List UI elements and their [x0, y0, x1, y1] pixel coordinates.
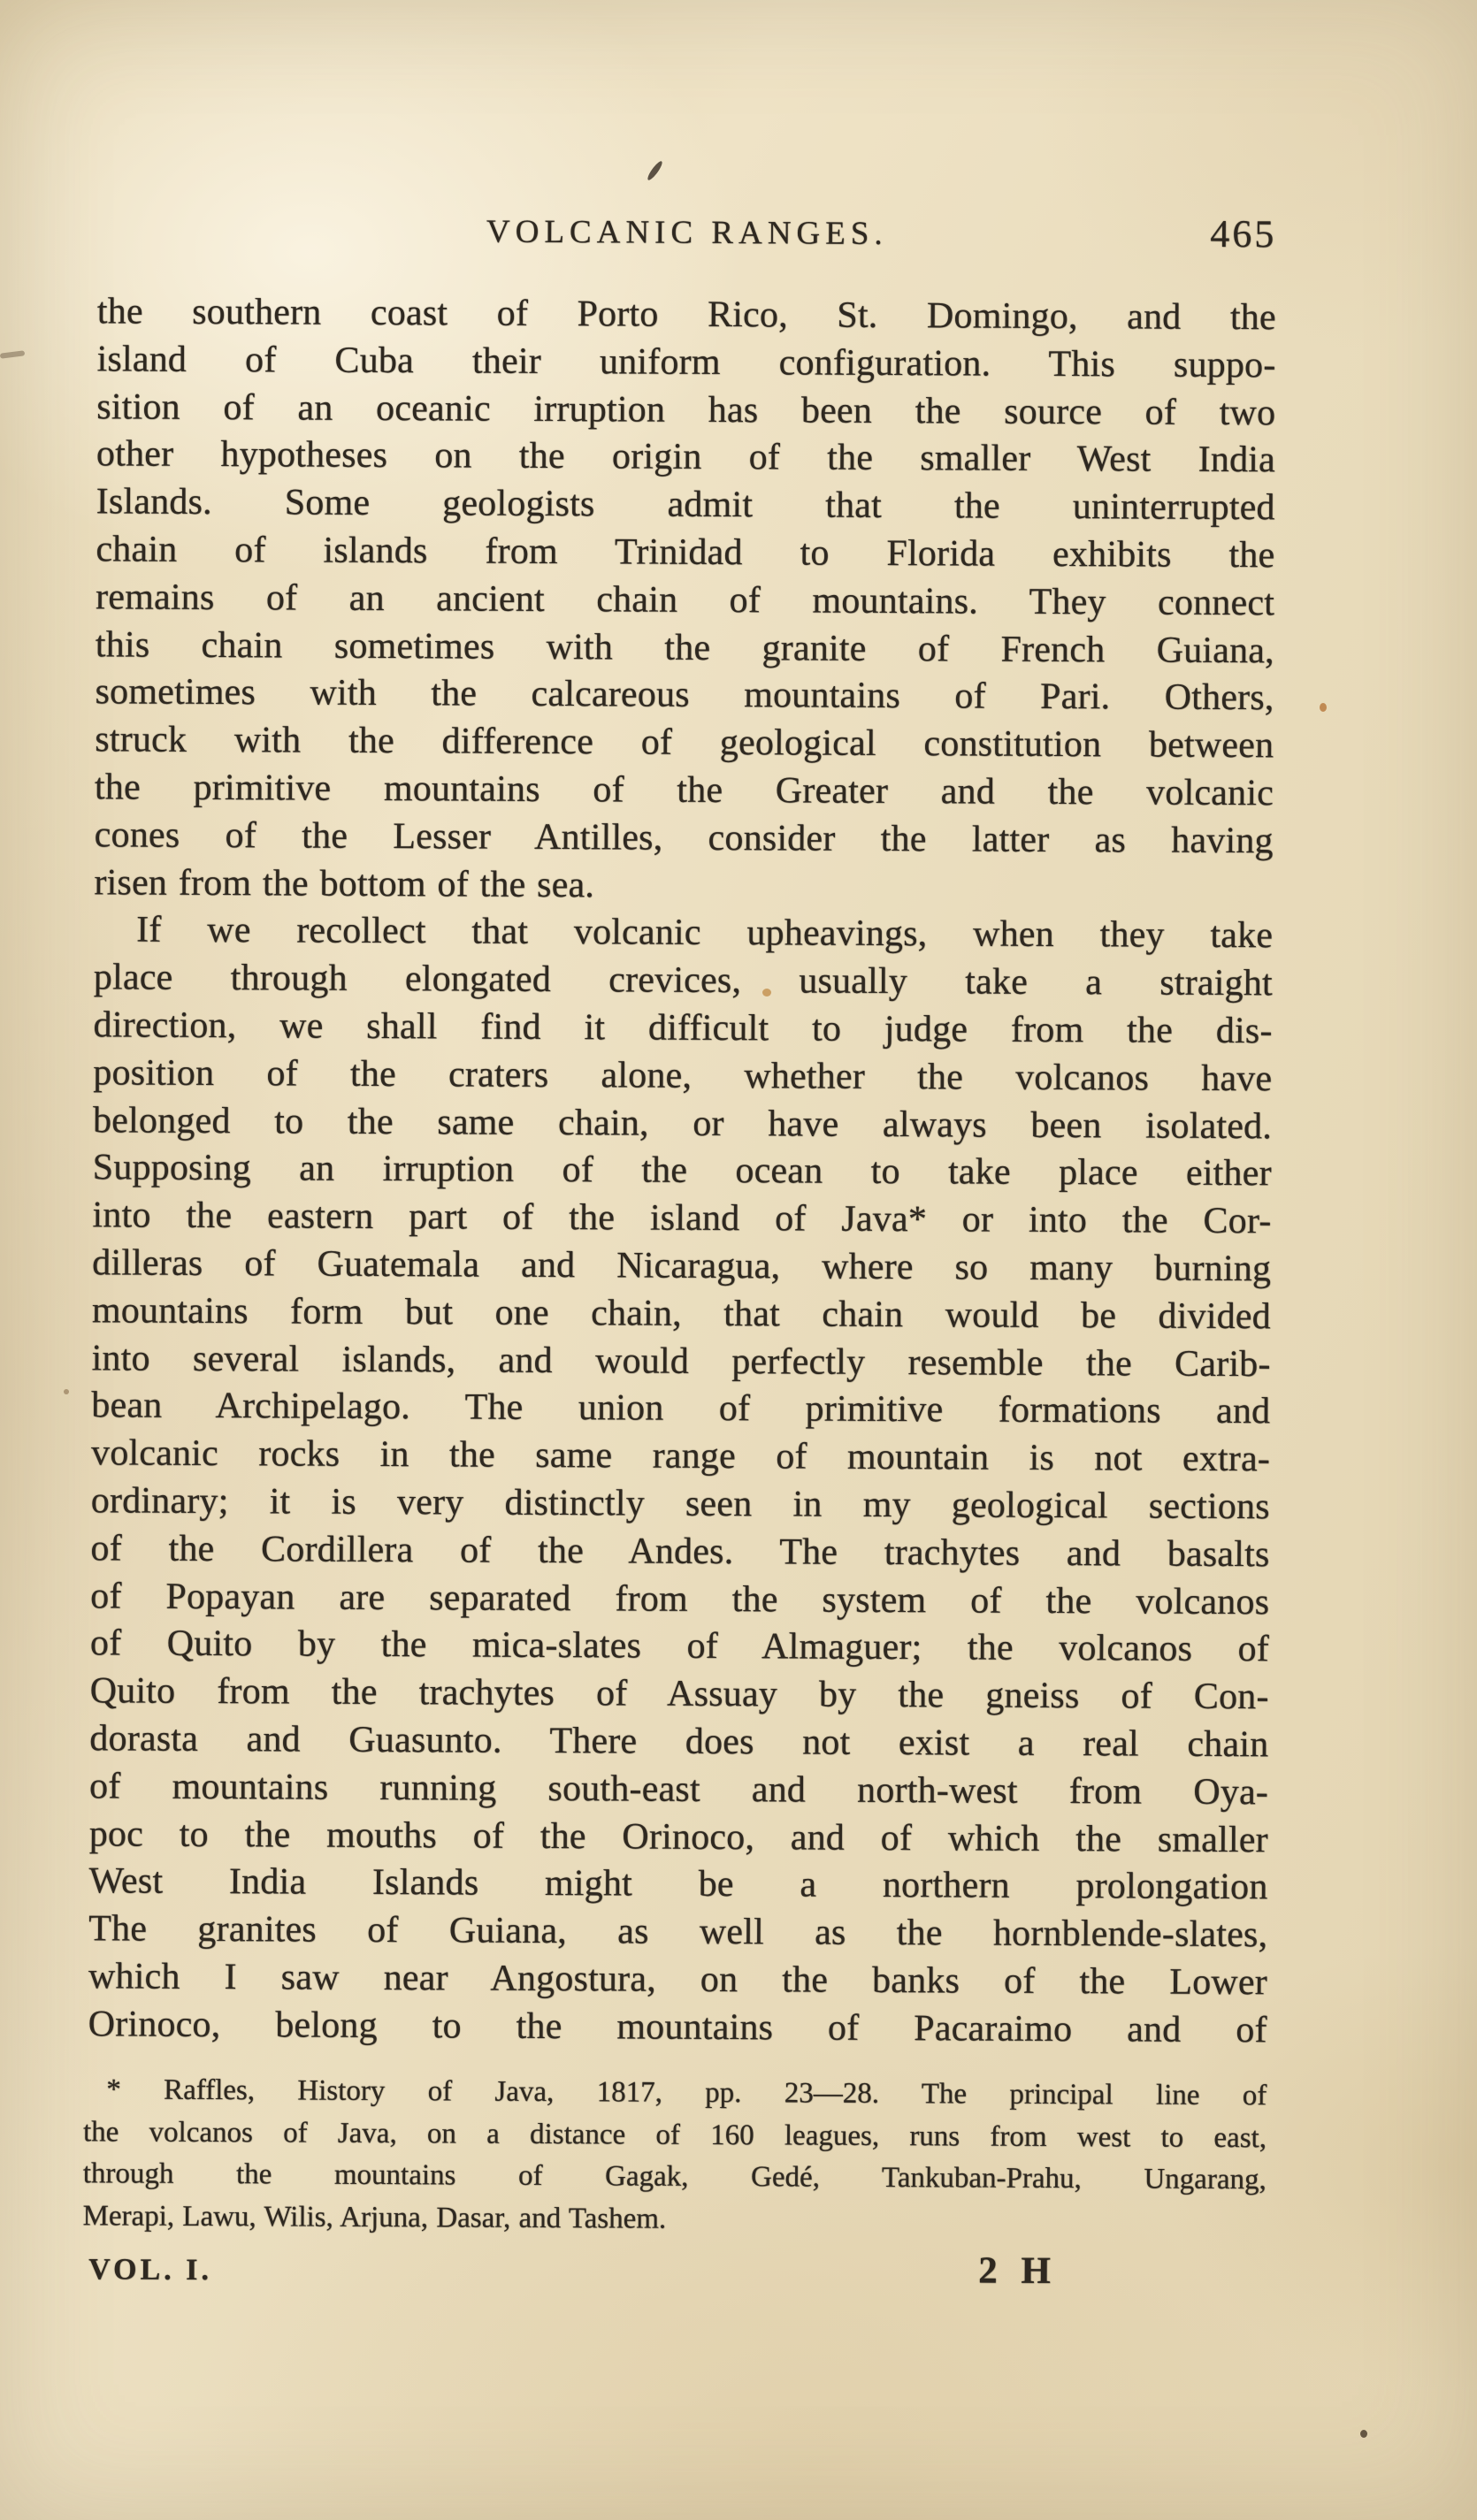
body-line: place through elongated crevices, usuall…	[94, 954, 1273, 1008]
page-footer: VOL. I. 2 H	[87, 2244, 1266, 2312]
body-line: The granites of Guiana, as well as the h…	[88, 1905, 1267, 1959]
body-line: struck with the difference of geological…	[95, 716, 1274, 770]
body-line: the primitive mountains of the Greater a…	[95, 764, 1274, 818]
body-line: remains of an ancient chain of mountains…	[96, 574, 1274, 628]
body-line: dorasta and Guasunto. There does not exi…	[89, 1715, 1268, 1769]
body-line: bean Archipelago. The union of primitive…	[91, 1383, 1270, 1437]
footnote-line: through the mountains of Gagak, Gedé, Ta…	[83, 2153, 1267, 2202]
body-line: mountains form but one chain, that chain…	[92, 1287, 1271, 1341]
body-line: cones of the Lesser Antilles, consider t…	[95, 812, 1274, 866]
signature-mark: 2 H	[978, 2249, 1058, 2293]
body-line: sometimes with the calcareous mountains …	[95, 669, 1274, 723]
body-line: this chain sometimes with the granite of…	[96, 622, 1274, 676]
page-header: VOLCANIC RANGES. 465	[97, 209, 1276, 263]
body-text: the southern coast of Porto Rico, St. Do…	[88, 288, 1276, 2054]
body-line: the southern coast of Porto Rico, St. Do…	[97, 288, 1276, 342]
body-line: Islands. Some geologists admit that the …	[96, 478, 1275, 532]
body-line: sition of an oceanic irruption has been …	[96, 384, 1275, 438]
body-line: island of Cuba their uniform configurati…	[96, 336, 1275, 390]
body-line-paragraph-end: risen from the bottom of the sea.	[94, 859, 1273, 913]
page-number: 465	[1210, 211, 1276, 256]
body-line: West India Islands might be a northern p…	[88, 1859, 1267, 1913]
body-line: poc to the mouths of the Orinoco, and of…	[89, 1811, 1268, 1865]
body-line: other hypotheses on the origin of the sm…	[96, 431, 1275, 485]
volume-label: VOL. I.	[88, 2253, 212, 2287]
body-line: into the eastern part of the island of J…	[92, 1192, 1271, 1246]
body-line: into several islands, and would perfectl…	[91, 1335, 1270, 1389]
body-line: of mountains running south-east and nort…	[89, 1763, 1268, 1817]
body-line: Quito from the trachytes of Assuay by th…	[90, 1668, 1269, 1722]
body-line: direction, we shall find it difficult to…	[93, 1002, 1272, 1056]
page-scan-content: VOLCANIC RANGES. 465 the southern coast …	[0, 0, 1477, 2520]
body-line: dilleras of Guatemala and Nicaragua, whe…	[92, 1240, 1271, 1294]
body-line: chain of islands from Trinidad to Florid…	[96, 526, 1274, 580]
footnote-line: * Raffles, History of Java, 1817, pp. 23…	[83, 2069, 1267, 2118]
body-line: Orinoco, belong to the mountains of Paca…	[88, 2001, 1267, 2055]
scanned-book-page: VOLCANIC RANGES. 465 the southern coast …	[0, 0, 1477, 2520]
footnote: * Raffles, History of Java, 1817, pp. 23…	[82, 2069, 1267, 2243]
body-line-paragraph-start: If we recollect that volcanic upheavings…	[94, 907, 1273, 961]
running-title: VOLCANIC RANGES.	[486, 213, 888, 253]
footnote-line: the volcanos of Java, on a distance of 1…	[83, 2111, 1267, 2160]
body-line: of the Cordillera of the Andes. The trac…	[90, 1525, 1269, 1579]
body-line: of Popayan are separated from the system…	[90, 1573, 1269, 1627]
body-line: which I saw near Angostura, on the banks…	[88, 1953, 1267, 2007]
body-line: of Quito by the mica-slates of Almaguer;…	[90, 1621, 1269, 1675]
body-line: ordinary; it is very distinctly seen in …	[91, 1478, 1270, 1531]
body-line: volcanic rocks in the same range of moun…	[91, 1430, 1270, 1484]
footnote-line: Merapi, Lawu, Wilis, Arjuna, Dasar, and …	[82, 2195, 1266, 2244]
body-line: belonged to the same chain, or have alwa…	[93, 1097, 1272, 1151]
body-line: Supposing an irruption of the ocean to t…	[93, 1145, 1272, 1199]
body-line: position of the craters alone, whether t…	[93, 1050, 1272, 1103]
